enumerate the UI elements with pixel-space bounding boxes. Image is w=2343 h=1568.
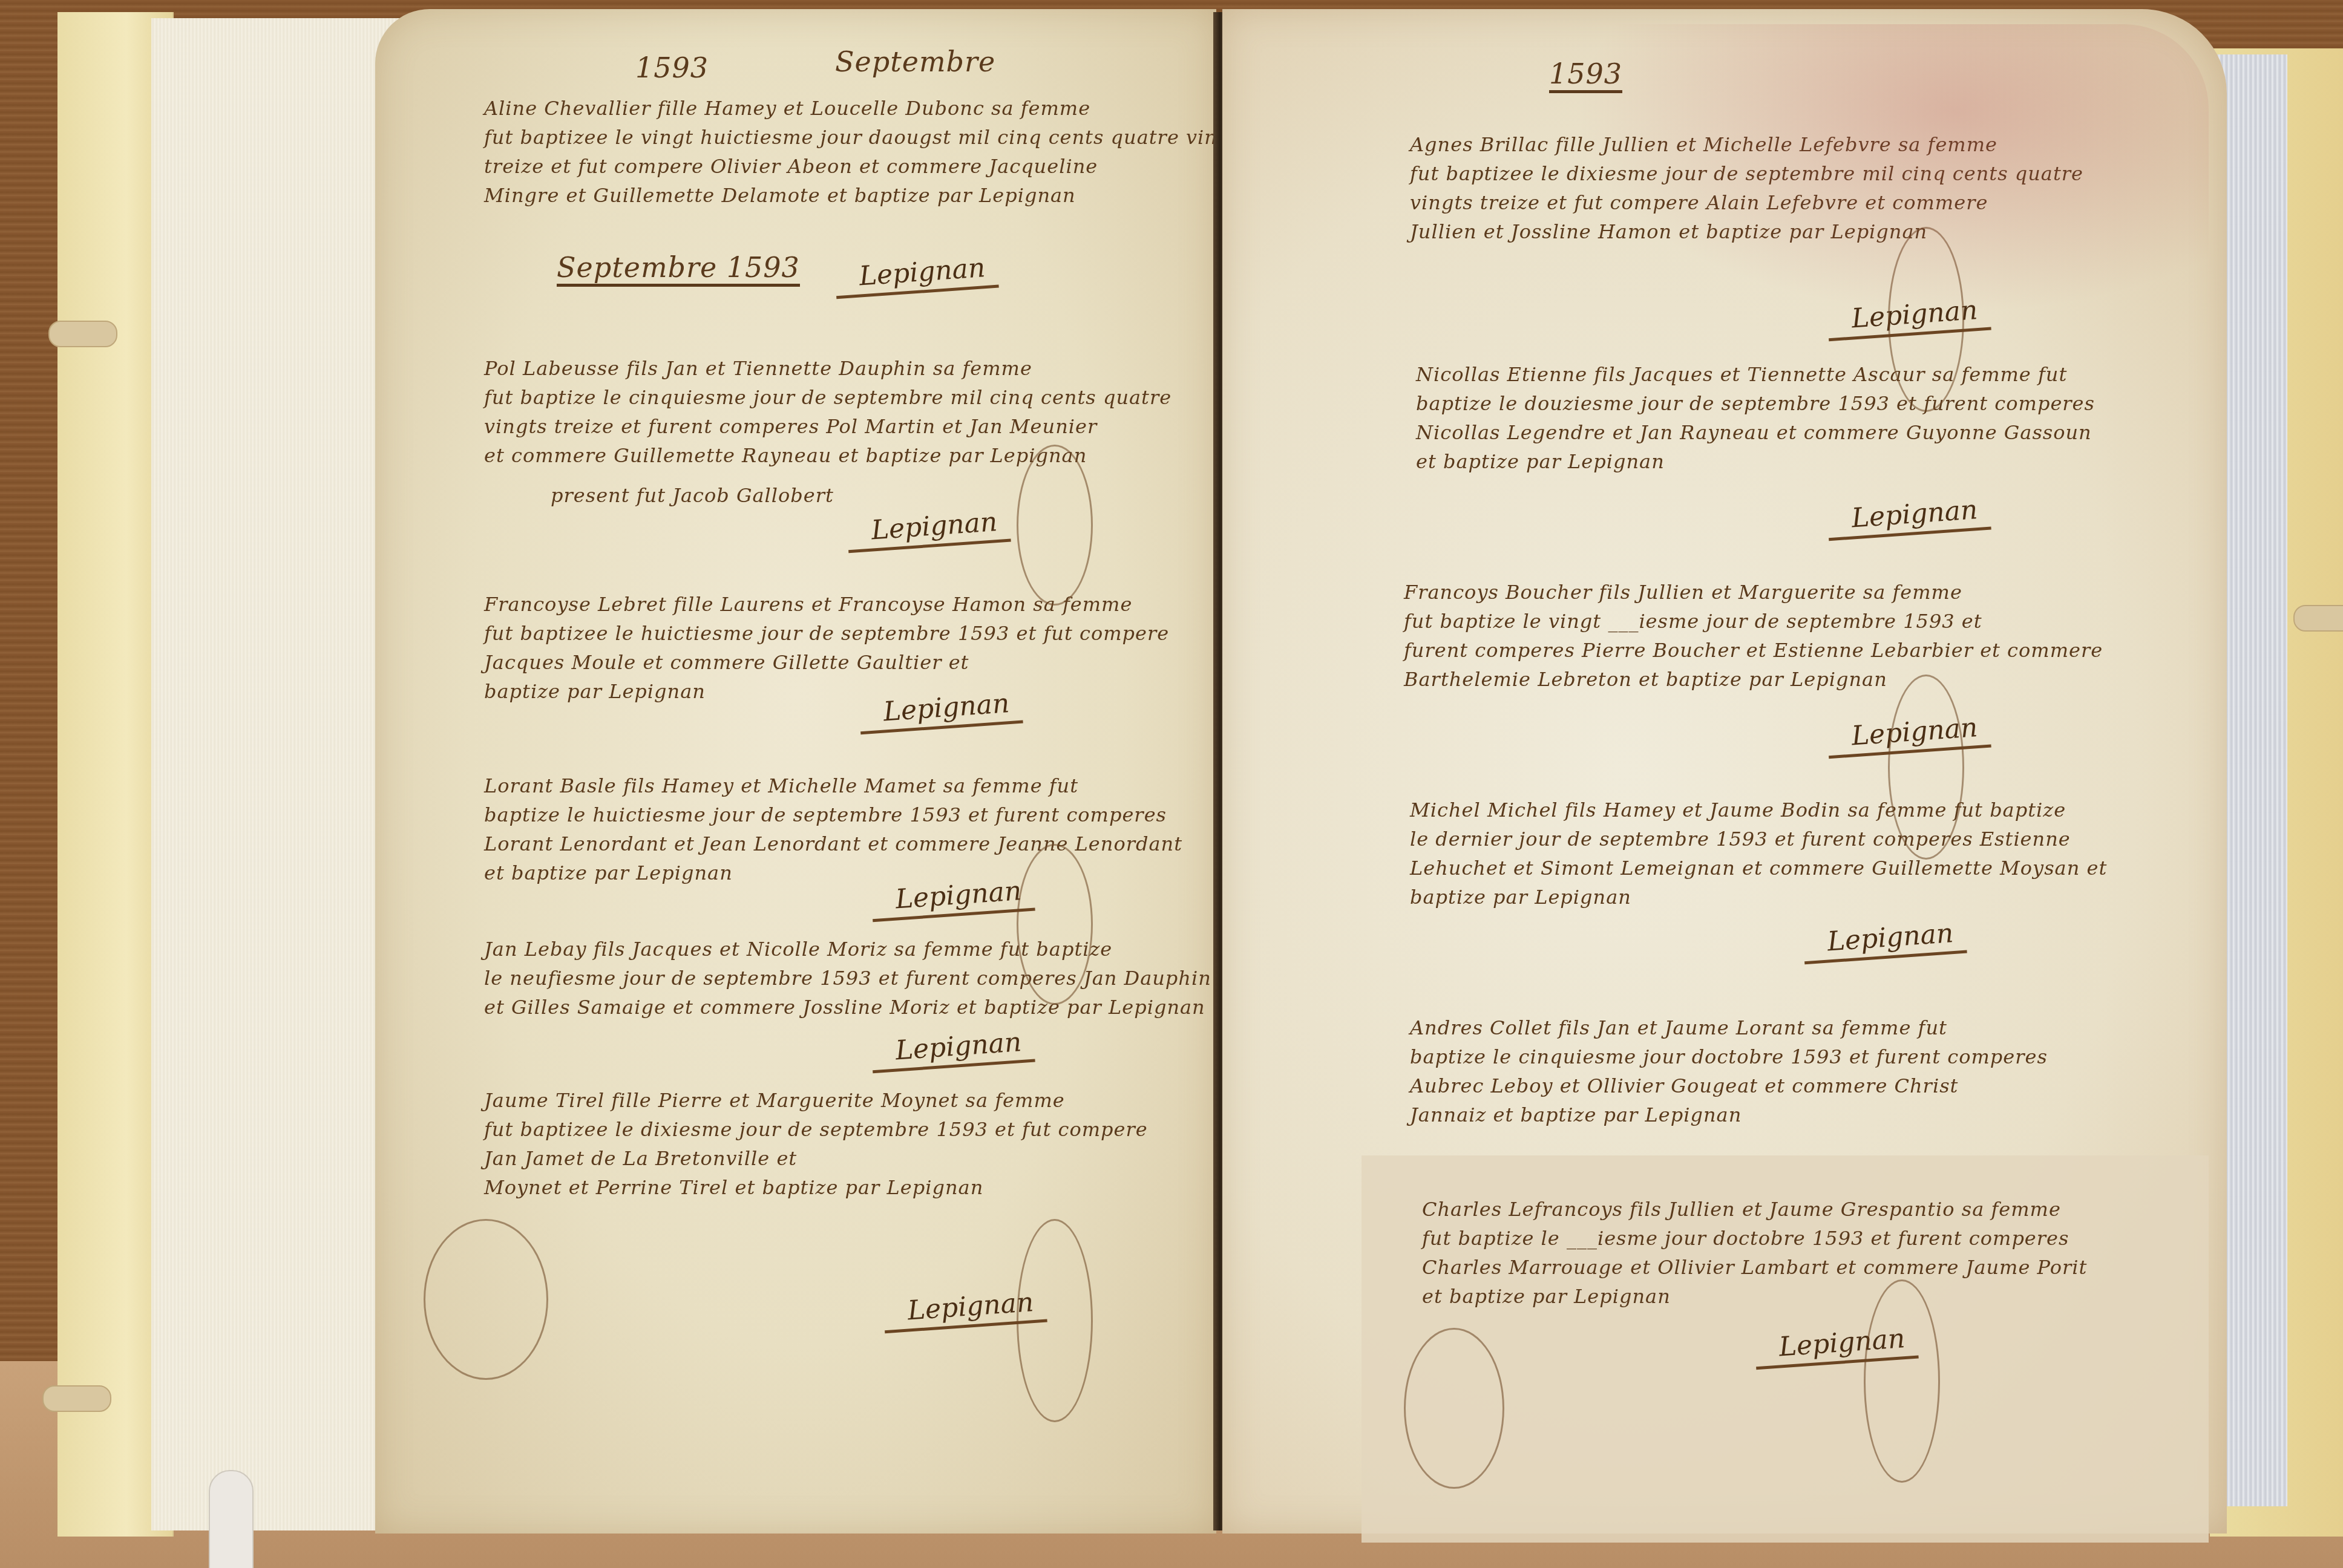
priest-signature: Lepignan bbox=[870, 1026, 1035, 1074]
left-page: 1593 Septembre Aline Chevallier fille Ha… bbox=[375, 9, 1216, 1534]
page-year-header: 1593 bbox=[1549, 57, 1622, 93]
page-weight-snake bbox=[209, 1470, 254, 1568]
binding-tie bbox=[42, 1385, 111, 1412]
binding-tie bbox=[48, 321, 117, 347]
priest-signature: Lepignan bbox=[1802, 917, 1967, 965]
page-year-header: 1593 bbox=[635, 51, 709, 84]
section-heading: Septembre 1593 bbox=[557, 251, 800, 287]
priest-signature: Lepignan bbox=[1826, 711, 1991, 759]
priest-signature: Lepignan bbox=[1826, 494, 1991, 541]
witness-note: present fut Jacob Gallobert bbox=[551, 481, 834, 510]
priest-signature: Lepignan bbox=[858, 687, 1023, 735]
priest-signature: Lepignan bbox=[882, 1286, 1047, 1334]
priest-signature: Lepignan bbox=[834, 252, 998, 299]
priest-signature: Lepignan bbox=[846, 506, 1011, 554]
binding-tie bbox=[2293, 605, 2343, 632]
page-month-header: Septembre bbox=[835, 45, 995, 78]
priest-signature: Lepignan bbox=[870, 875, 1035, 923]
right-page: 1593 Agnes Brillac fille Jullien et Mich… bbox=[1222, 9, 2227, 1534]
priest-signature: Lepignan bbox=[1826, 294, 1991, 342]
paraph-flourish bbox=[424, 1219, 548, 1380]
